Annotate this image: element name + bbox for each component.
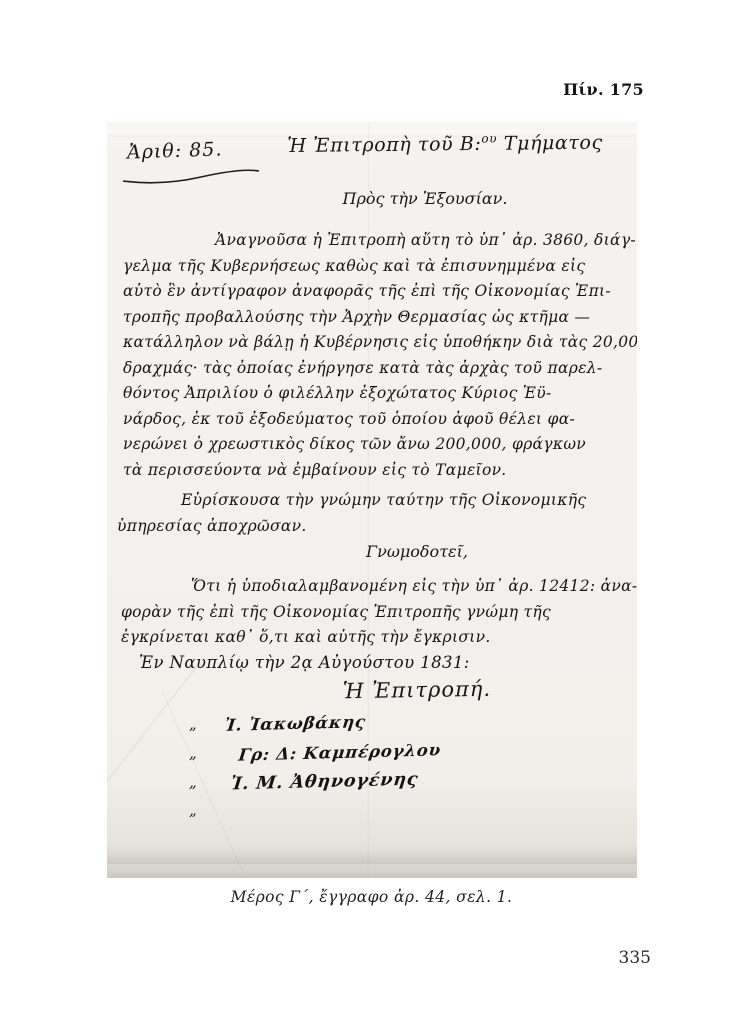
signature-row: „ Γρ: Δ: Καμπέρογλου <box>189 743 441 772</box>
signature: Ἰ. Ἰακωβάκης <box>224 712 367 735</box>
plate-label: Πίν. 175 <box>563 80 644 99</box>
body-paragraph-3: Ὅτι ἡ ὑποδιαλαμβανομένη εἰς τὴν ὑπ᾽ ἀρ. … <box>121 574 629 651</box>
manuscript-line: δραχμάς· τὰς ὁποίας ἐνήργησε κατὰ τὰς ἀρ… <box>123 356 631 382</box>
manuscript-line: θόντος Ἀπριλίου ὁ φιλέλλην ἐξοχώτατος Κύ… <box>123 381 631 407</box>
manuscript-heading: Ἡ Ἐπιτροπὴ τοῦ Β:ου Τμήματος <box>257 130 633 157</box>
signature-row: „ Ἰ. Ἰακωβάκης <box>189 714 441 743</box>
manuscript-verdict: Γνωμοδοτεῖ, <box>227 542 607 561</box>
ditto-mark: „ <box>189 773 211 791</box>
ditto-mark: „ <box>189 715 211 733</box>
paper-crease-diagonal <box>107 666 198 848</box>
manuscript-committee-label: Ἡ Ἐπιτροπή. <box>227 675 607 706</box>
manuscript-line: τὰ περισσεύοντα νὰ ἐμβαίνουν εἰς τὸ Ταμε… <box>123 458 631 484</box>
signature: Γρ: Δ: Καμπέρογλου <box>238 740 443 764</box>
manuscript-line: κατάλληλον νὰ βάλῃ ἡ Κυβέρνησις εἰς ὑποθ… <box>123 330 631 356</box>
manuscript-line: τροπῆς προβαλλούσης τὴν Ἀρχὴν Θερμασίας … <box>123 305 631 331</box>
manuscript-line: Ἀναγνοῦσα ἡ Ἐπιτροπὴ αὕτη τὸ ὑπ᾽ ἀρ. 386… <box>123 228 631 254</box>
manuscript-salutation: Πρὸς τὴν Ἐξουσίαν. <box>335 189 515 208</box>
heading-text: Ἡ Ἐπιτροπὴ τοῦ Β: <box>287 133 481 157</box>
docnum-underline-flourish <box>121 168 261 186</box>
manuscript-line: φορὰν τῆς ἐπὶ τῆς Οἰκονομίας Ἐπιτροπῆς γ… <box>121 600 629 626</box>
manuscript-line: ὑπηρεσίας ἀποχρῶσαν. <box>117 514 622 540</box>
ditto-mark: „ <box>189 744 211 762</box>
manuscript-line: νάρδος, ἐκ τοῦ ἐξοδεύματος τοῦ ὁποίου ἀφ… <box>123 407 631 433</box>
signature: Ἰ. Μ. Ἀθηνογένης <box>230 770 420 795</box>
manuscript-line: αὐτὸ ἓν ἀντίγραφον ἀναφορᾶς τῆς ἐπὶ τῆς … <box>123 279 631 305</box>
manuscript-line: Εὑρίσκουσα τὴν γνώμην ταύτην τῆς Οἰκονομ… <box>117 488 622 514</box>
signature-row: „ <box>189 801 441 830</box>
manuscript-line: νερώνει ὁ χρεωστικὸς δίκος τῶν ἄνω 200,0… <box>123 432 631 458</box>
manuscript-doc-number: Ἀριθ: 85. <box>127 138 223 163</box>
page-number: 335 <box>619 948 651 968</box>
ditto-mark: „ <box>189 801 211 819</box>
heading-text: Τμήματος <box>497 132 603 155</box>
manuscript-line: γελμα τῆς Κυβερνήσεως καθὼς καὶ τὰ ἐπισυ… <box>123 254 631 280</box>
figure-caption: Μέρος Γ΄, ἔγγραφο ἀρ. 44, σελ. 1. <box>0 888 743 906</box>
manuscript-dateline: Ἐν Ναυπλίῳ τὴν 2ᾳ Αὐγούστου 1831: <box>139 653 470 672</box>
signature-row: „ Ἰ. Μ. Ἀθηνογένης <box>189 772 441 801</box>
signature-block: „ Ἰ. Ἰακωβάκης „ Γρ: Δ: Καμπέρογλου „ Ἰ.… <box>189 714 441 830</box>
paper-bottom-shadow <box>107 850 637 864</box>
body-paragraph-2: Εὑρίσκουσα τὴν γνώμην ταύτην τῆς Οἰκονομ… <box>117 488 622 539</box>
body-paragraph-1: Ἀναγνοῦσα ἡ Ἐπιτροπὴ αὕτη τὸ ὑπ᾽ ἀρ. 386… <box>123 228 631 483</box>
manuscript-line: Ὅτι ἡ ὑποδιαλαμβανομένη εἰς τὴν ὑπ᾽ ἀρ. … <box>121 574 629 600</box>
heading-superscript: ου <box>481 131 497 145</box>
manuscript-line: ἐγκρίνεται καθ᾽ ὅ,τι καὶ αὐτῆς τὴν ἔγκρι… <box>121 625 629 651</box>
manuscript-scan: Ἀριθ: 85. Ἡ Ἐπιτροπὴ τοῦ Β:ου Τμήματος Π… <box>107 122 637 878</box>
